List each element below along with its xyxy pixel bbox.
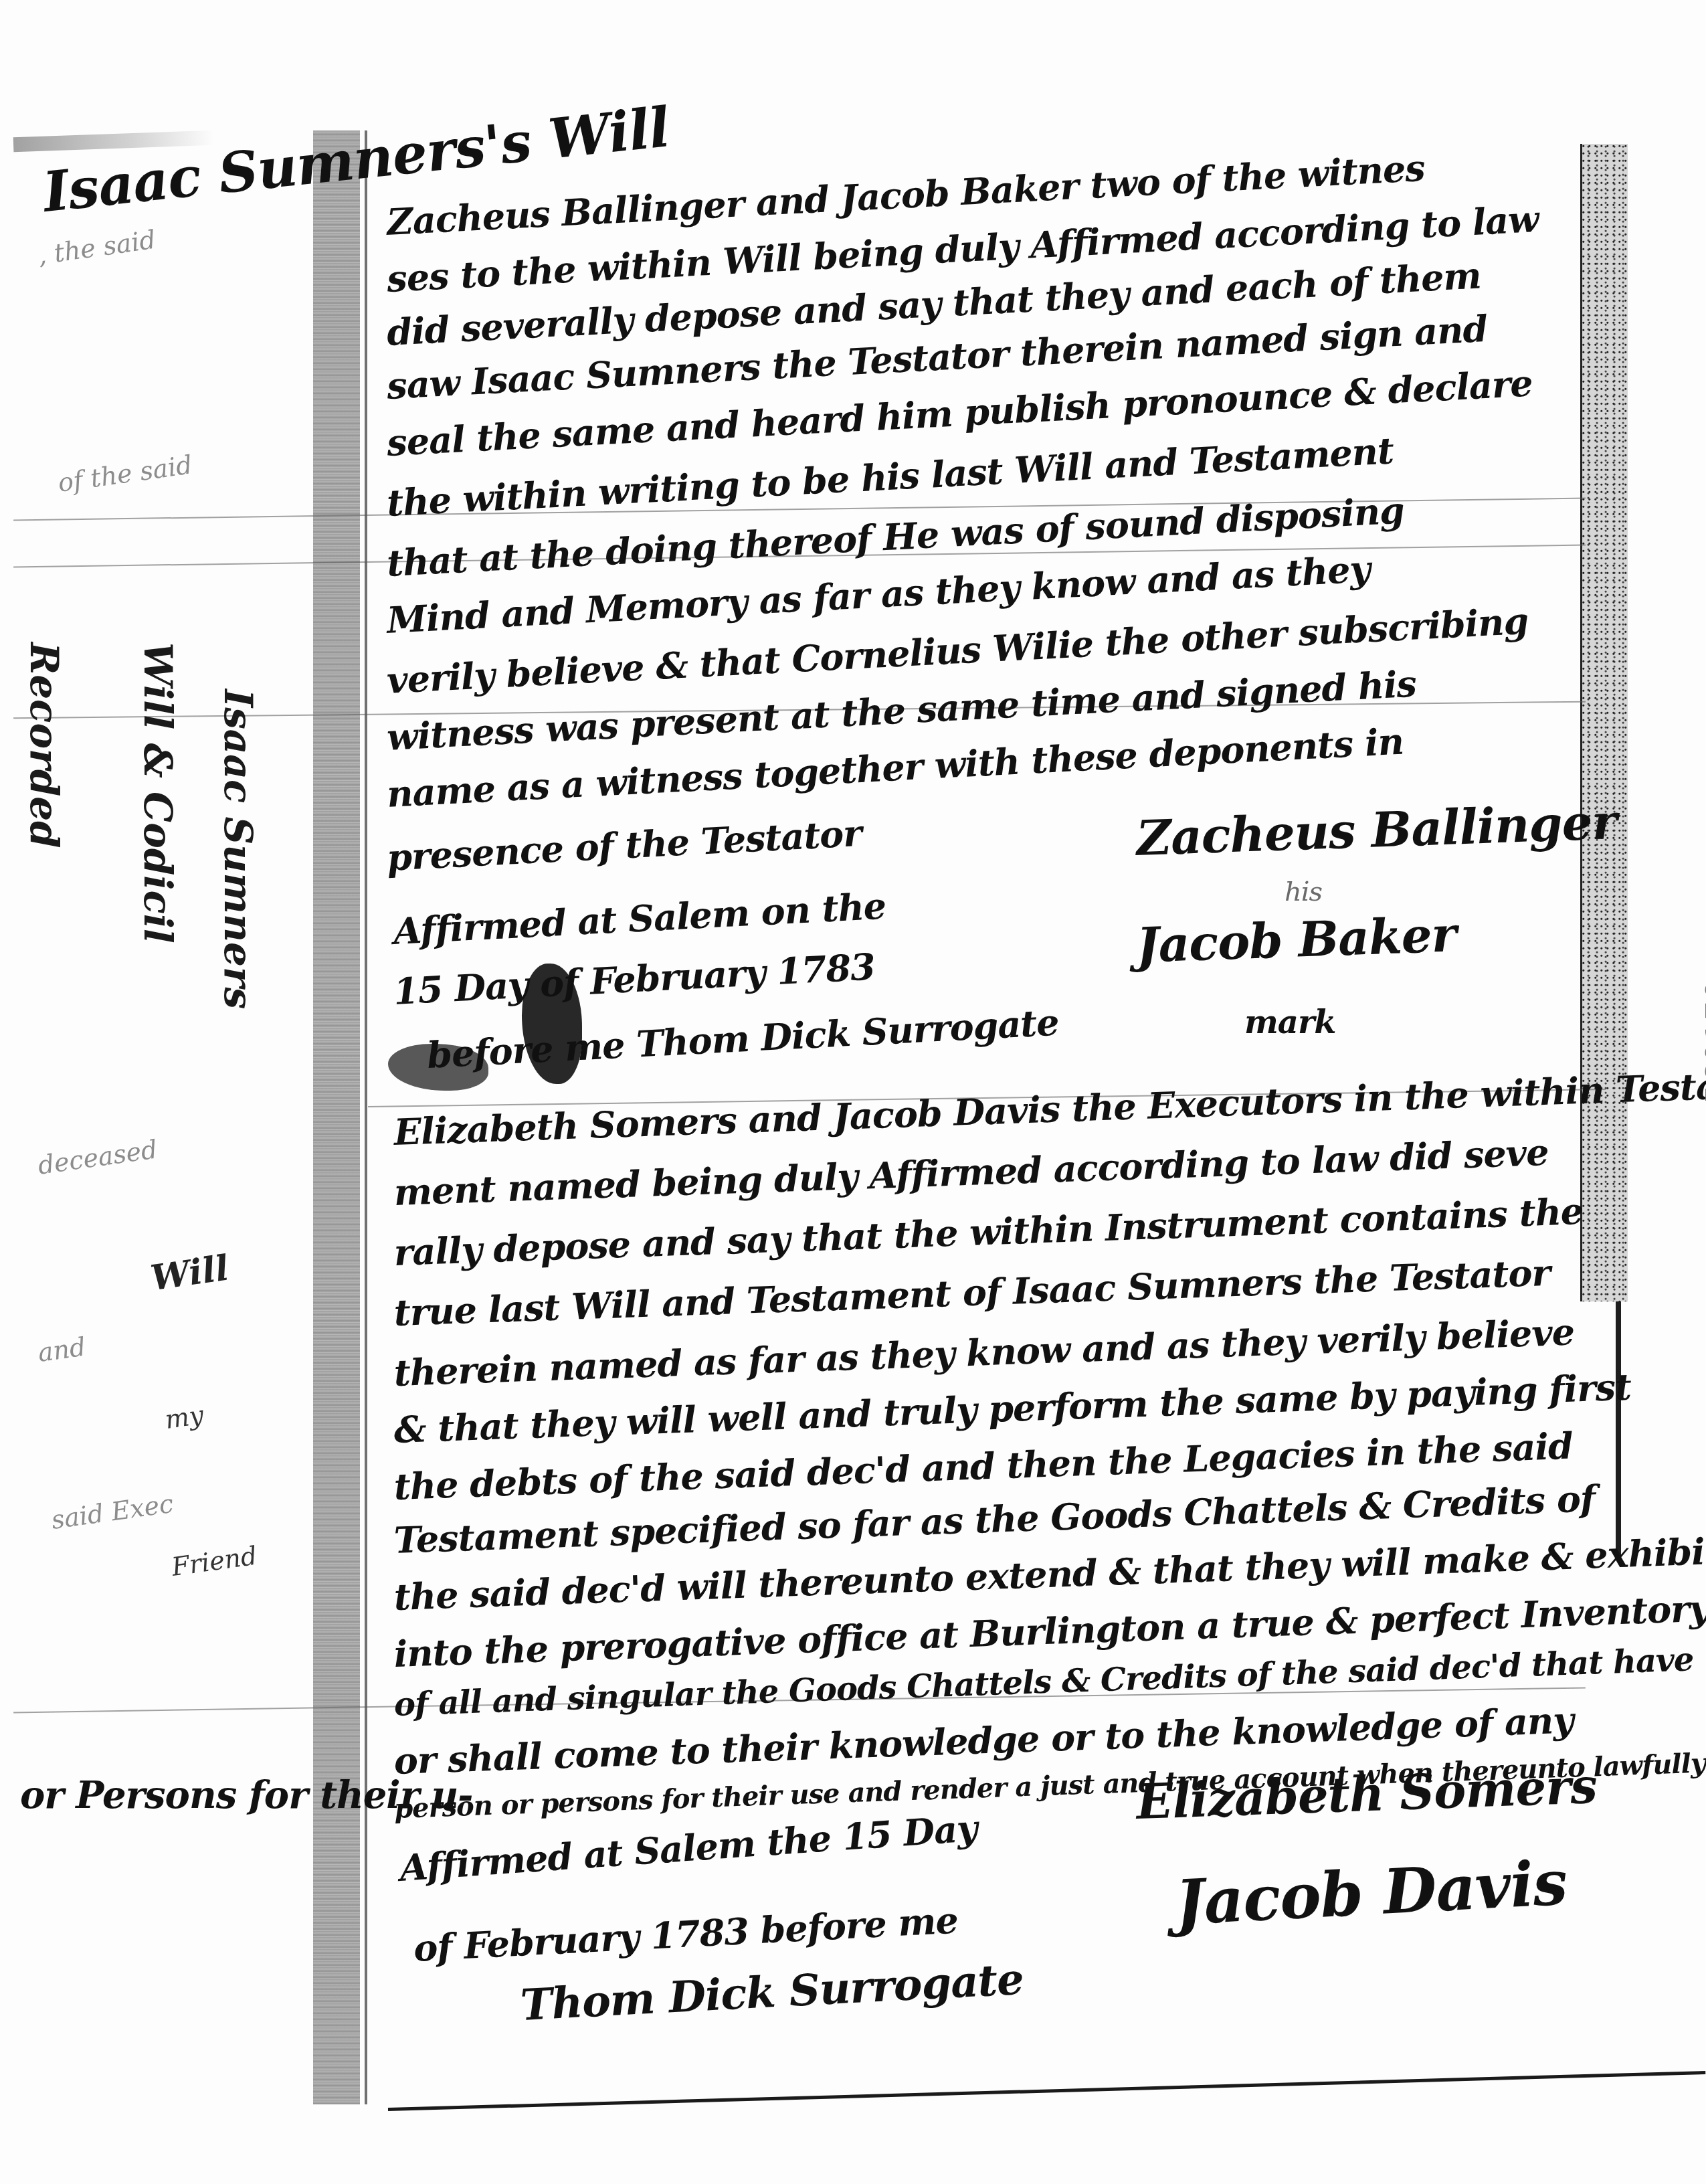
- vertical-endorsement: Isaac Sumners: [215, 689, 261, 1009]
- bleed-through-text: and: [36, 1332, 88, 1368]
- vertical-endorsement: Recorded: [21, 642, 67, 848]
- right-edge-speckled-border: [1580, 144, 1628, 1301]
- bleed-through-text: my: [163, 1400, 205, 1435]
- affirmed-line: before me Thom Dick Surrogate: [426, 1001, 1060, 1077]
- bleed-through-text: Will: [149, 1247, 231, 1299]
- vertical-endorsement: Will & Codicil: [135, 642, 181, 943]
- ink-blot: [388, 1044, 488, 1091]
- bleed-through-text: , the said: [36, 225, 158, 270]
- affirmed-line: of February 1783 before me: [413, 1898, 959, 1970]
- mark-label-mark: mark: [1244, 1004, 1335, 1041]
- page-bottom-edge: [388, 2071, 1705, 2111]
- bleed-through-text: of the said: [56, 450, 194, 498]
- archive-stamp-number: 560170: [1699, 978, 1706, 1104]
- right-edge-line: [1616, 1301, 1621, 1556]
- scanned-document-page: Isaac Sumners's Will Zacheus Ballinger a…: [0, 0, 1706, 2184]
- signature-jacob-davis: Jacob Davis: [1173, 1847, 1568, 1939]
- surrogate-signature: Thom Dick Surrogate: [519, 1954, 1025, 2031]
- signature-jacob-baker: Jacob Baker: [1135, 905, 1457, 974]
- bleed-through-text: deceased: [36, 1134, 159, 1180]
- affirmed-line: Affirmed at Salem on the: [393, 885, 887, 953]
- left-column-bottom-text: or Persons for their u-: [20, 1773, 473, 1817]
- affirmation-line: presence of the Testator: [386, 812, 863, 879]
- affirmed-line: 15 Day of February 1783: [393, 945, 876, 1013]
- bleed-through-text: said Exec: [50, 1489, 175, 1535]
- mark-label-his: his: [1285, 877, 1322, 907]
- bleed-through-text: Friend: [170, 1541, 259, 1582]
- signature-zacheus-ballinger: Zacheus Ballinger: [1135, 793, 1618, 867]
